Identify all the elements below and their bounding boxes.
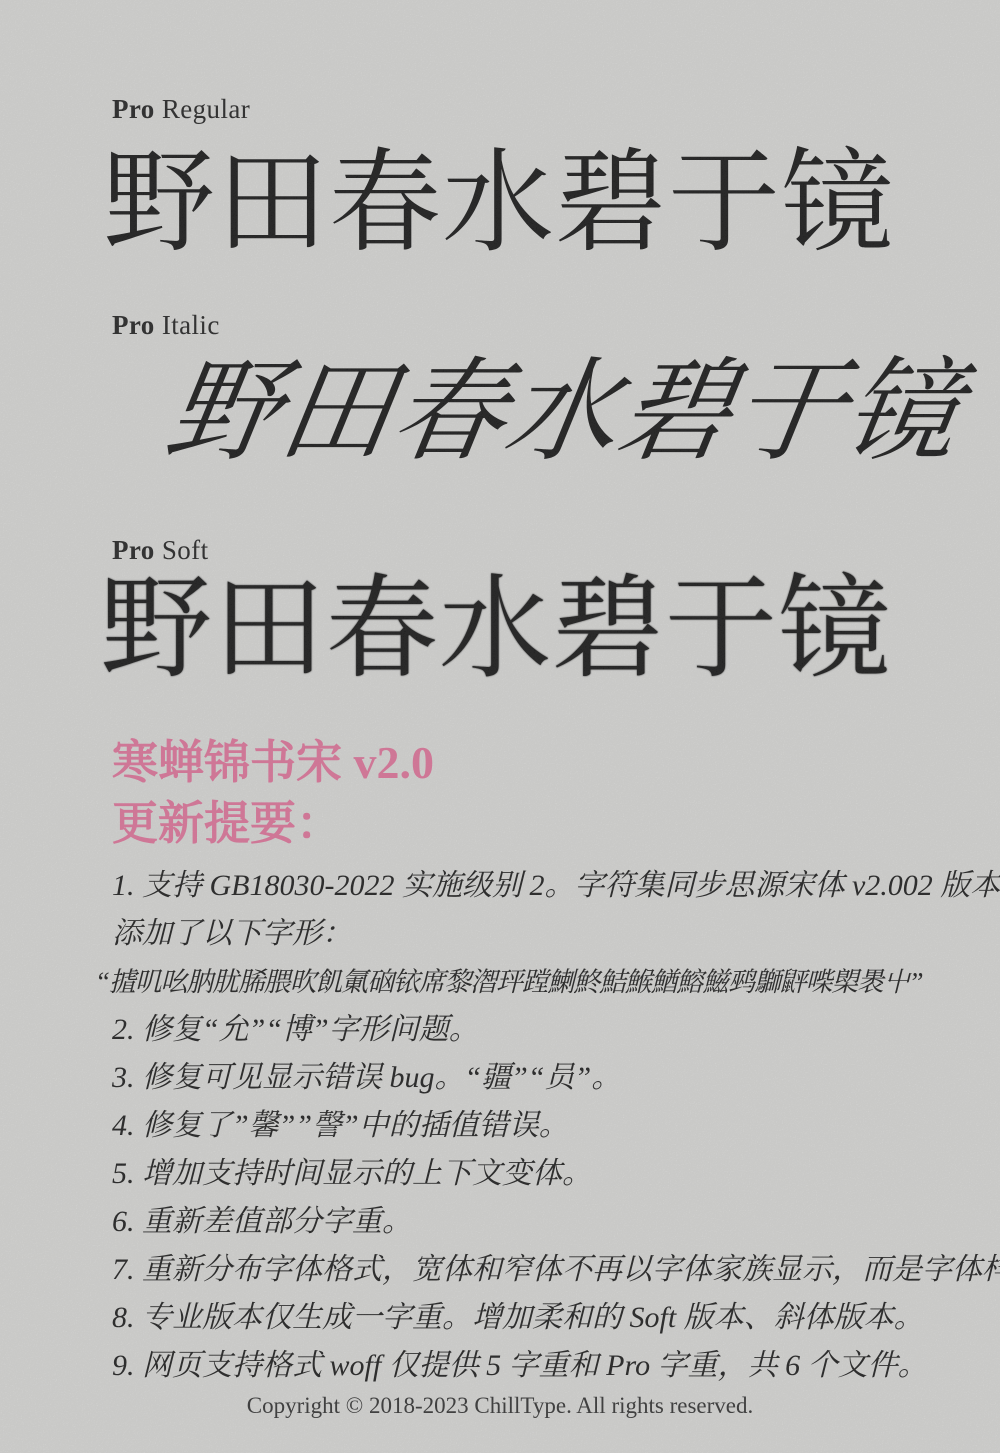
specimen-italic-sample-text: 野田春水碧于镜 [158, 355, 968, 473]
changelog-line: 6. 重新差值部分字重。 [112, 1198, 972, 1246]
changelog-line: 1. 支持 GB18030-2022 实施级别 2。字符集同步思源宋体 v2.0… [112, 862, 972, 910]
specimen-soft-label-family: Pro [112, 535, 155, 565]
specimen-regular-label-family: Pro [112, 94, 155, 124]
changelog-heading: 更新提要： [112, 801, 342, 847]
specimen-italic-label-style: Italic [162, 310, 220, 340]
changelog-line: 2. 修复“允”“博”字形问题。 [112, 1006, 972, 1054]
changelog-line: 添加了以下字形： [112, 910, 972, 958]
changelog-list: 1. 支持 GB18030-2022 实施级别 2。字符集同步思源宋体 v2.0… [112, 862, 972, 1390]
changelog-line: 3. 修复可见显示错误 bug。“疆”“员”。 [112, 1054, 972, 1102]
font-version-title: 寒蝉锦书宋 v2.0 [112, 740, 434, 786]
copyright-text: Copyright © 2018-2023 ChillType. All rig… [0, 1391, 1000, 1421]
changelog-line: 9. 网页支持格式 woff 仅提供 5 字重和 Pro 字重，共 6 个文件。 [112, 1342, 972, 1390]
changelog-line: 4. 修复了”馨””謦”中的插值错误。 [112, 1102, 972, 1150]
changelog-line: 7. 重新分布字体格式，宽体和窄体不再以字体家族显示，而是字体样式。 [112, 1246, 972, 1294]
specimen-regular-sample-text: 野田春水碧于镜 [103, 146, 894, 264]
specimen-italic-label-family: Pro [112, 310, 155, 340]
specimen-italic-label: Pro Italic [112, 312, 220, 339]
specimen-soft-sample-text: 野田春水碧于镜 [100, 572, 891, 690]
changelog-line: 5. 增加支持时间显示的上下文变体。 [112, 1150, 972, 1198]
specimen-soft-label: Pro Soft [112, 537, 208, 564]
specimen-regular-label-style: Regular [162, 94, 250, 124]
changelog-added-glyphs-line: “摣叽吆肭肬脪腲欥飢氭硇铱席黎潪玶蹚鯻鮗鮚鯸鰌鰫鰦鹀鶳䶄喍㮾褁屮” [95, 958, 972, 1006]
font-specimen-poster: Pro Regular 野田春水碧于镜 Pro Italic 野田春水碧于镜 P… [0, 0, 1000, 1453]
changelog-line: 8. 专业版本仅生成一字重。增加柔和的 Soft 版本、斜体版本。 [112, 1294, 972, 1342]
specimen-soft-label-style: Soft [162, 535, 209, 565]
specimen-regular-label: Pro Regular [112, 96, 250, 123]
